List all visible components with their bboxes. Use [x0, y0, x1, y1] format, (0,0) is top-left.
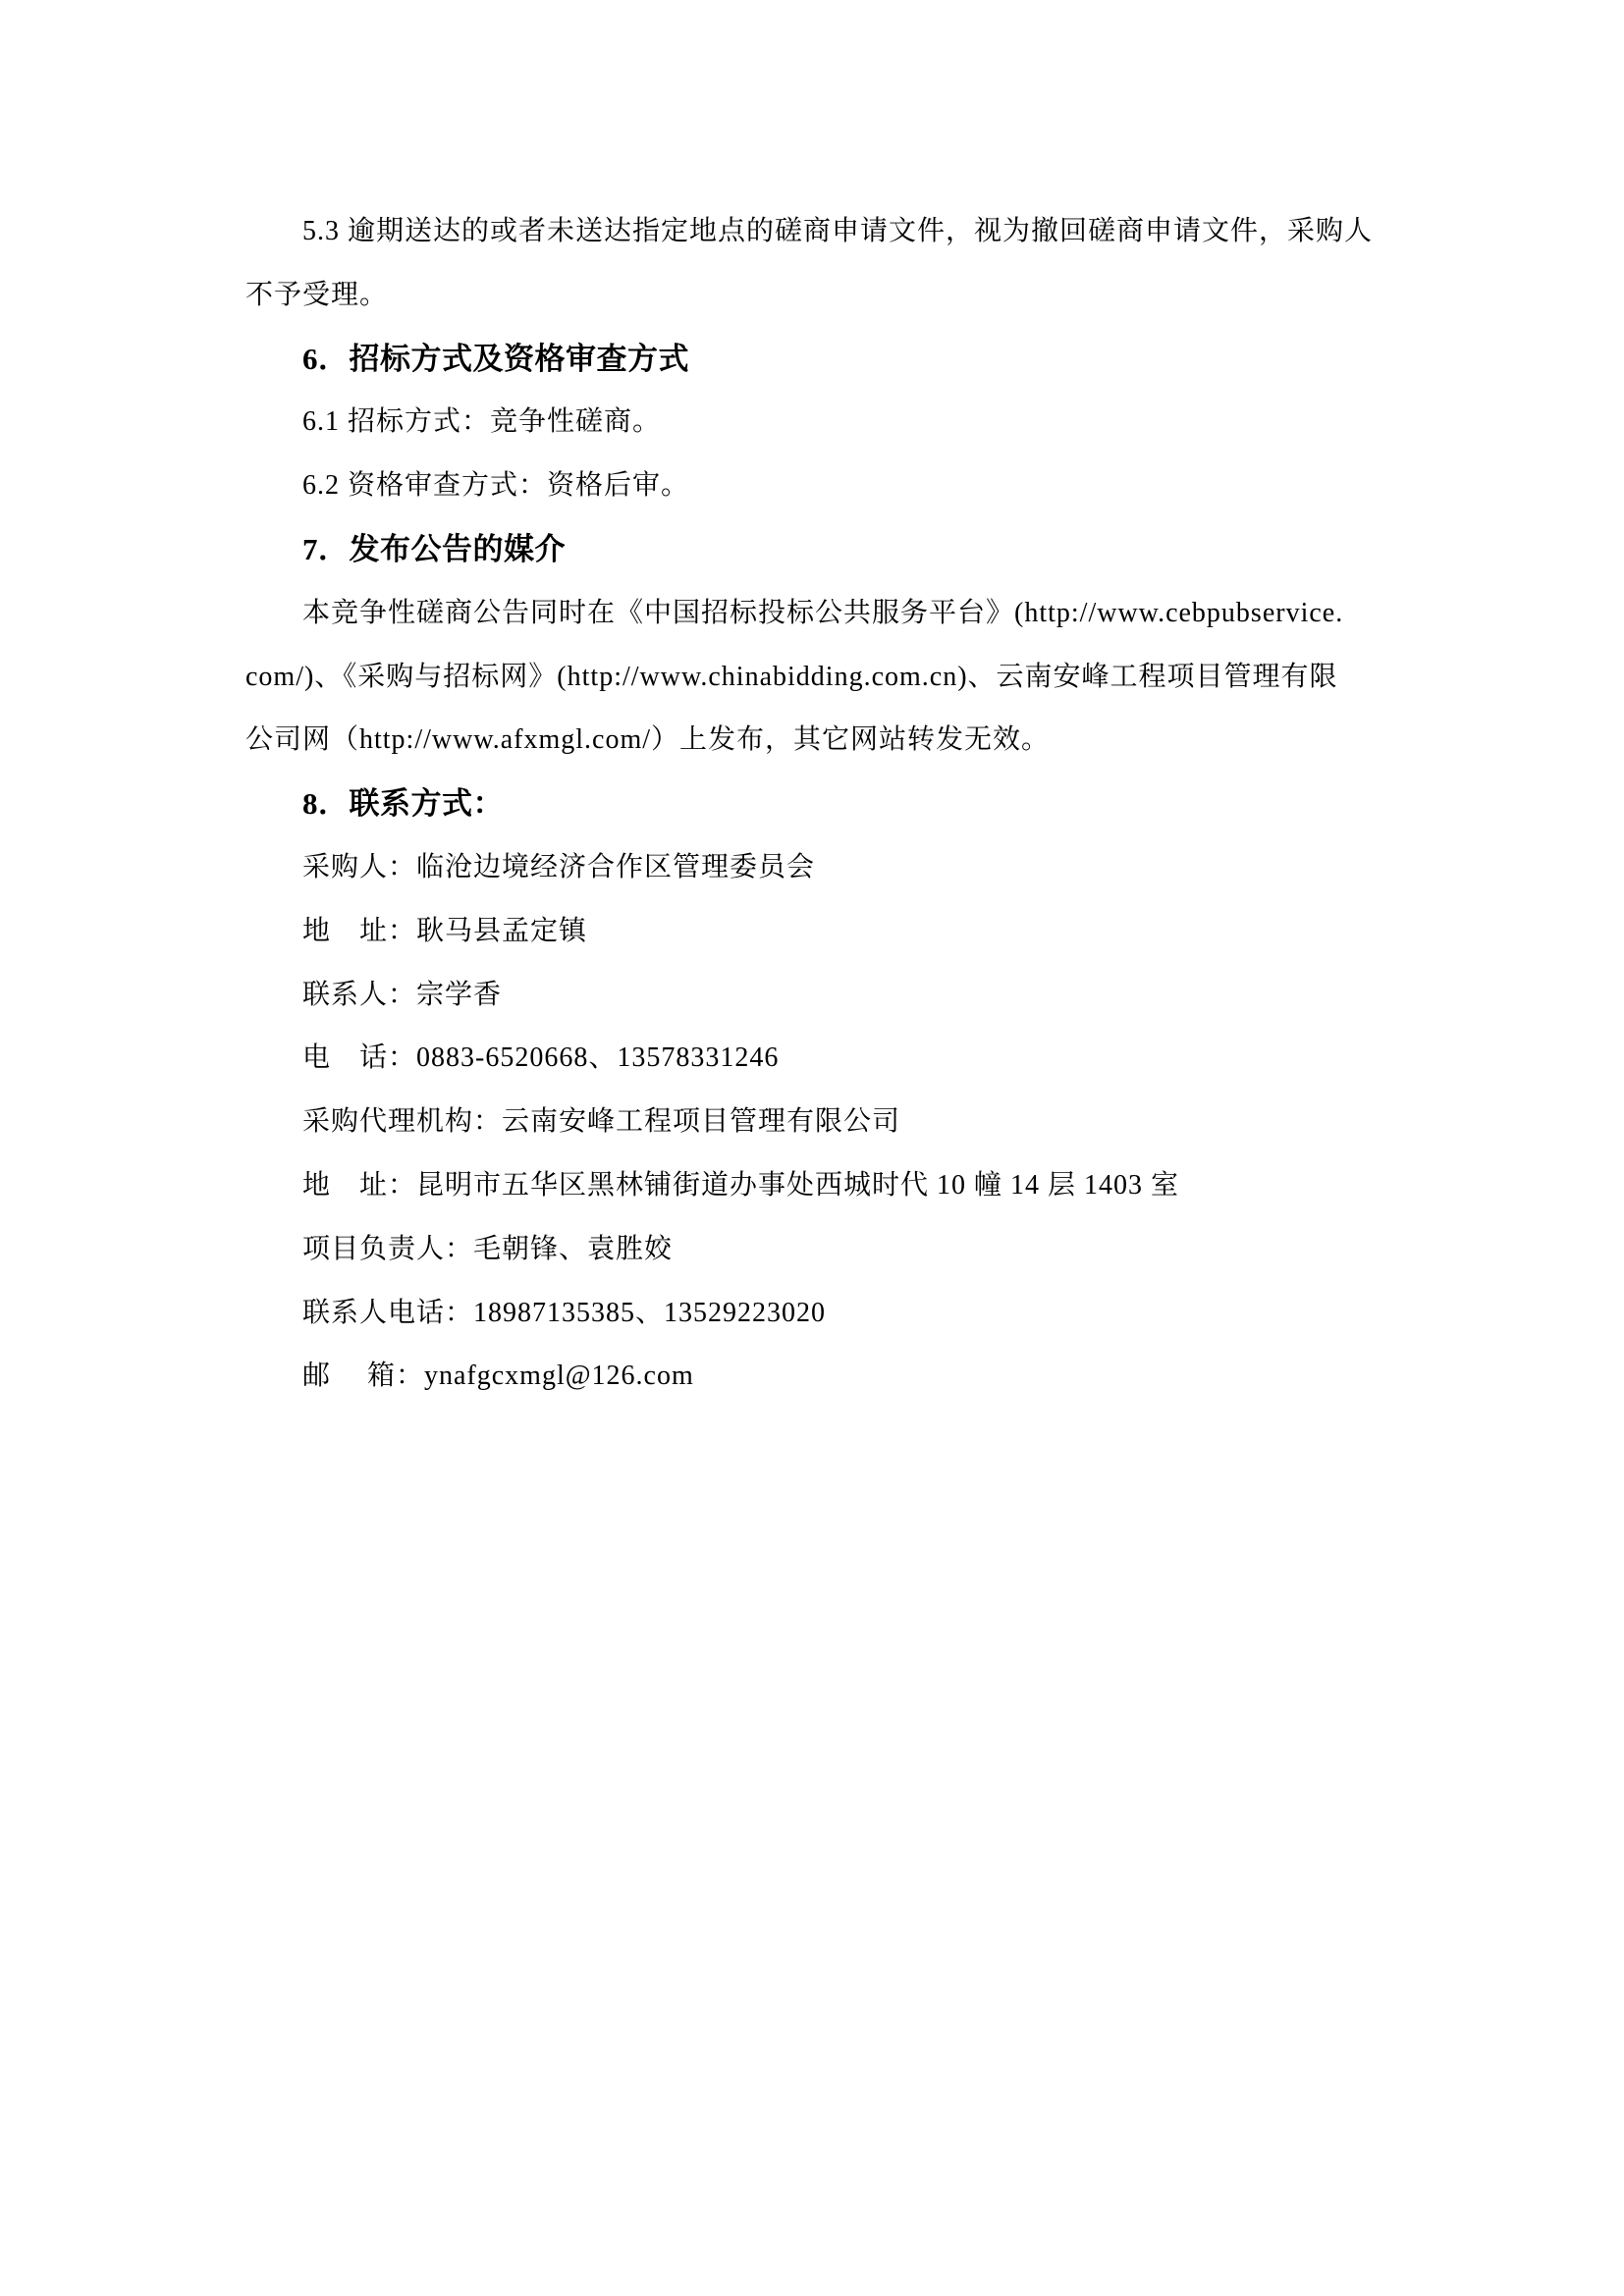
para-7-line3: 公司网（http://www.afxmgl.com/）上发布，其它网站转发无效。 [245, 709, 1389, 773]
document-page: 5.3 逾期送达的或者未送达指定地点的磋商申请文件，视为撤回磋商申请文件，采购人… [0, 0, 1624, 2296]
contact-purchaser: 采购人：临沧边境经济合作区管理委员会 [245, 836, 1389, 900]
contact-person: 联系人：宗学香 [245, 964, 1389, 1028]
contact-agency: 采购代理机构：云南安峰工程项目管理有限公司 [245, 1091, 1389, 1154]
document-body: 5.3 逾期送达的或者未送达指定地点的磋商申请文件，视为撤回磋商申请文件，采购人… [245, 200, 1389, 1409]
contact-phone: 电 话：0883-6520668、13578331246 [245, 1027, 1389, 1091]
contact-email: 邮 箱：ynafgcxmgl@126.com [245, 1345, 1389, 1409]
para-5-3-line1: 5.3 逾期送达的或者未送达指定地点的磋商申请文件，视为撤回磋商申请文件，采购人 [245, 200, 1389, 264]
contact-agency-address: 地 址：昆明市五华区黑林铺街道办事处西城时代 10 幢 14 层 1403 室 [245, 1154, 1389, 1218]
para-6-1: 6.1 招标方式：竞争性磋商。 [245, 391, 1389, 454]
para-7-line1: 本竞争性磋商公告同时在《中国招标投标公共服务平台》(http://www.ceb… [245, 582, 1389, 646]
contact-purchaser-address: 地 址：耿马县孟定镇 [245, 900, 1389, 964]
contact-lead-phones: 联系人电话：18987135385、13529223020 [245, 1282, 1389, 1346]
contact-project-leads: 项目负责人：毛朝锋、袁胜姣 [245, 1218, 1389, 1282]
para-5-3-line2: 不予受理。 [245, 264, 1389, 328]
para-6-2: 6.2 资格审查方式：资格后审。 [245, 454, 1389, 518]
section-7-heading: 7．发布公告的媒介 [245, 518, 1389, 582]
section-6-heading: 6．招标方式及资格审查方式 [245, 328, 1389, 392]
para-7-line2: com/)、《采购与招标网》(http://www.chinabidding.c… [245, 646, 1389, 710]
section-8-heading: 8．联系方式： [245, 773, 1389, 836]
